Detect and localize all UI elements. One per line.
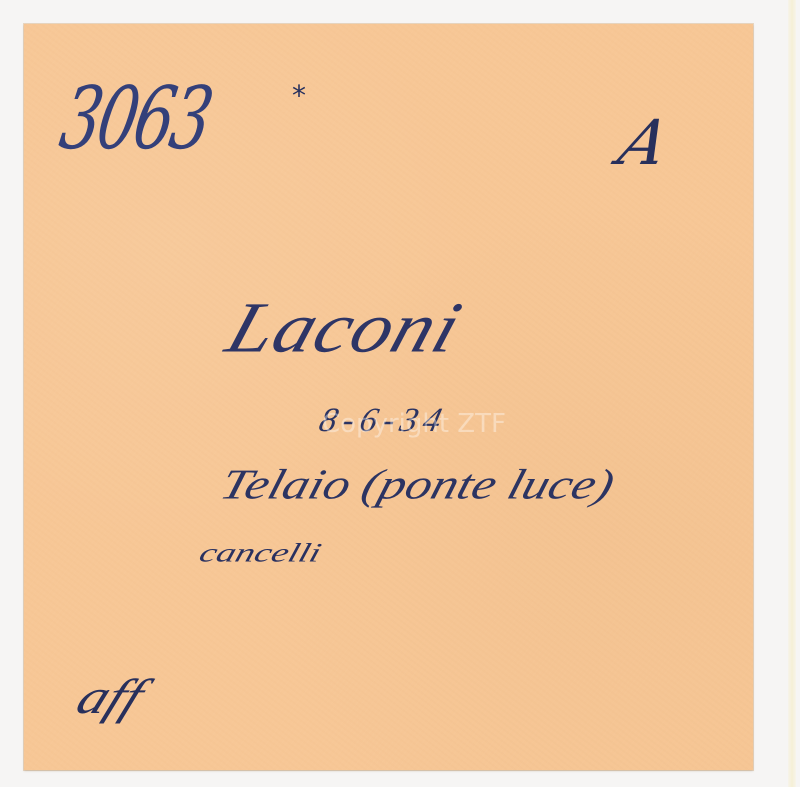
place-name: Laconi — [219, 292, 471, 364]
archive-index-card: 3063 * A Laconi 8-6-34 Copyright ZTF Tel… — [24, 24, 753, 770]
sub-description: cancelli — [196, 540, 324, 567]
description: Telaio (ponte luce) — [216, 464, 619, 507]
copyright-watermark: Copyright ZTF — [322, 409, 506, 439]
asterisk-mark: * — [292, 82, 306, 110]
backdrop-edge-strip — [788, 0, 796, 787]
catalog-number: 3063 — [55, 76, 217, 162]
initials-signature: aff — [70, 672, 151, 721]
series-letter: A — [612, 112, 677, 174]
